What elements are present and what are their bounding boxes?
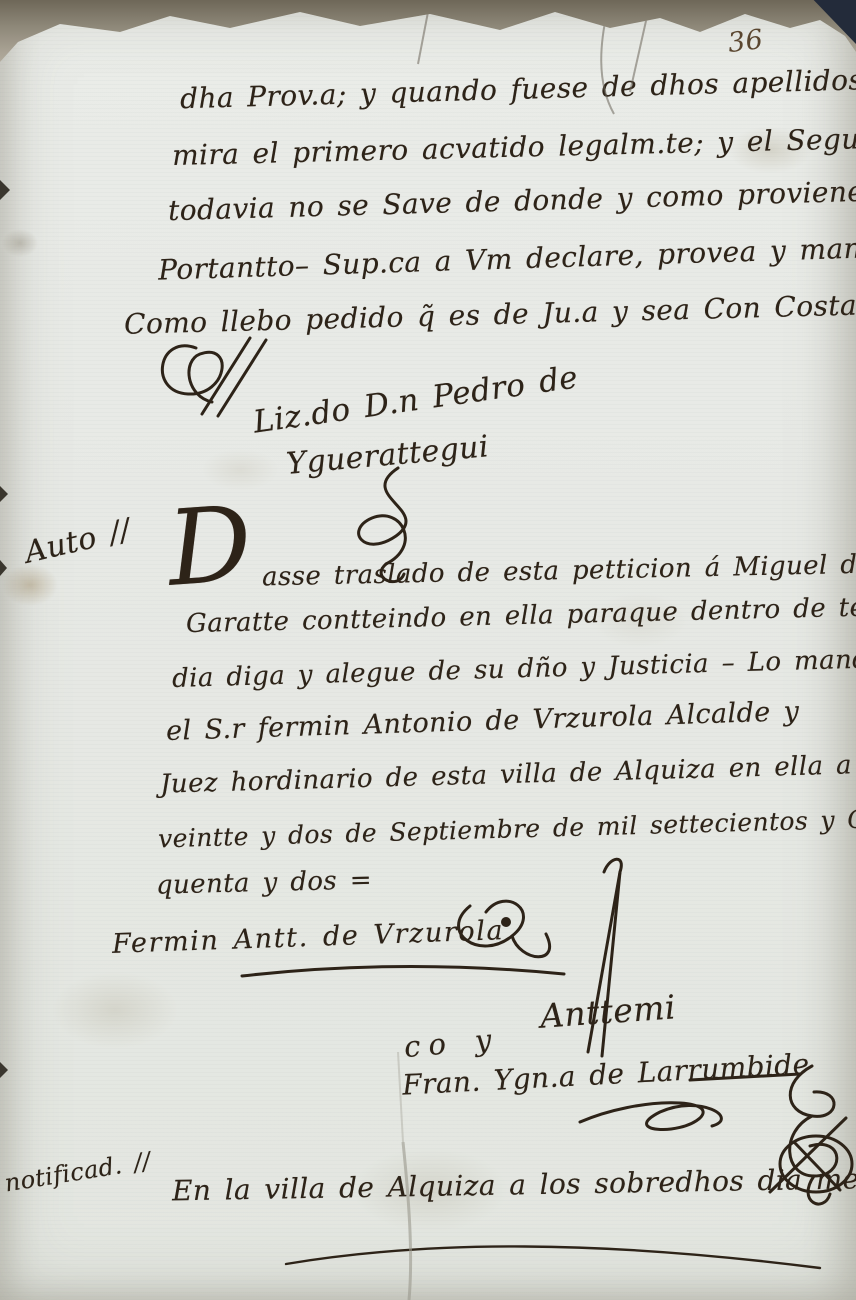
manuscript-page: 36 dha Prov.a; y quando fuese de dhos ap…	[0, 0, 856, 1300]
attestation-ante-mi: Anttemi	[539, 987, 677, 1035]
decree-line: veintte y dos de Septiembre de mil sette…	[158, 804, 856, 854]
decree-line: Juez hordinario de esta villa de Alquiza…	[160, 750, 853, 799]
baseline-rule	[286, 1246, 820, 1268]
petition-line: todavia no se Save de donde y como provi…	[168, 174, 856, 227]
decree-line: dia diga y alegue de su dño y Justicia –…	[172, 644, 856, 694]
stray-stroke	[418, 12, 428, 64]
decree-line: Garatte contteindo en ella paraque dentr…	[186, 591, 856, 639]
margin-note-notificacion: notificad. //	[3, 1147, 153, 1198]
decree-line: el S.r fermin Antonio de Vrzurola Alcald…	[166, 696, 800, 747]
attestation-superscripts: co y	[403, 1022, 501, 1064]
notification-line: En la villa de Alquiza a los sobredhos d…	[172, 1162, 856, 1208]
petition-line: mira el primero acvatido legalm.te; y el…	[172, 121, 856, 172]
decree-line: quenta y dos =	[156, 865, 373, 900]
petition-line: Como llebo pedido q̃ es de Ju.a y sea Co…	[124, 288, 856, 341]
decree-line: asse traslado de esta petticion á Miguel…	[262, 550, 856, 593]
petition-line: Portantto– Sup.ca a Vm declare, provea y…	[158, 230, 856, 286]
decree-initial-letter: D	[164, 491, 255, 601]
petition-line: dha Prov.a; y quando fuese de dhos apell…	[180, 62, 856, 116]
folio-number: 36	[726, 24, 765, 59]
signature-igueraegui-line1: Liz.do D.n Pedro de	[251, 359, 580, 440]
margin-note-auto: Auto //	[21, 512, 134, 570]
signature-urzurola: Fermin Antt. de Vrzurola	[112, 915, 505, 960]
edge-specks	[0, 180, 10, 1078]
signature-igueraegui-line2: Yguerattegui	[285, 429, 490, 482]
